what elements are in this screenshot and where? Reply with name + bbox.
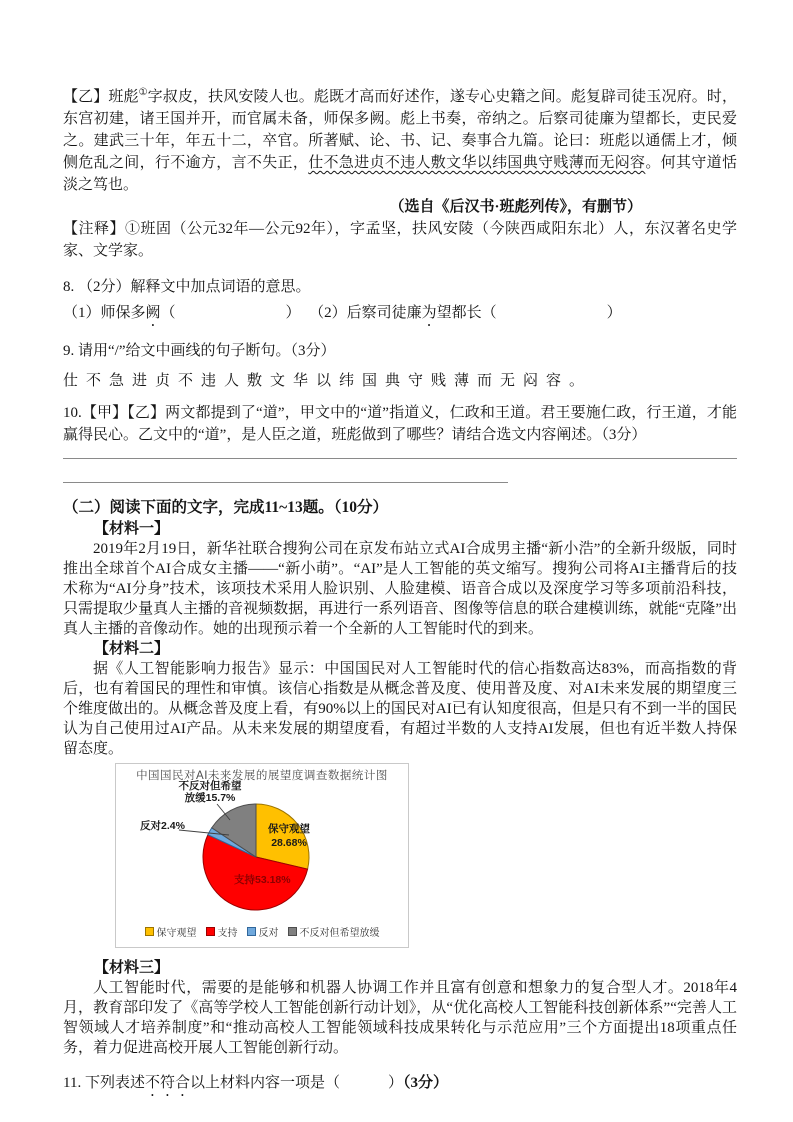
question-8-title: 8. （2分）解释文中加点词语的意思。 xyxy=(63,276,737,298)
label-blue-slice: 反对2.4% xyxy=(140,820,185,832)
q8-item2-text: （2）后察司徒廉 xyxy=(317,305,422,321)
q8-item2-open-paren: （ xyxy=(482,305,497,321)
legend-item: 不反对但希望放缓 xyxy=(288,924,380,939)
note-reference-mark: ① xyxy=(139,87,148,98)
section-2-heading: （二）阅读下面的文字，完成11~13题。（10分） xyxy=(63,497,737,519)
legend-item: 保守观望 xyxy=(145,924,197,939)
legend-swatch-blue xyxy=(247,927,256,936)
label-yellow-slice: 保守观望 28.68% xyxy=(258,822,320,850)
label-grey-line2: 放缓15.7% xyxy=(171,792,249,804)
q8-item1-close-paren: ） xyxy=(286,305,301,321)
q8-item1-open-paren: （ xyxy=(161,305,176,321)
legend-item: 反对 xyxy=(247,924,279,939)
legend-swatch-red xyxy=(206,927,215,936)
q8-item1-text: （1）师保多 xyxy=(63,305,146,321)
label-yellow-line1: 保守观望 xyxy=(258,822,320,836)
q11-dotted-words: 不符合 xyxy=(145,1075,190,1091)
label-grey-slice: 不反对但希望 放缓15.7% xyxy=(171,780,249,804)
passage-wavy-underlined-sentence: 仕不急进贞不违人敷文华以纬国典守贱薄而无闷容 xyxy=(308,155,645,171)
footnote: 【注释】①班固（公元32年—公元92年），字孟坚，扶风安陵（今陕西咸阳东北）人，… xyxy=(63,218,737,262)
label-grey-line1: 不反对但希望 xyxy=(171,780,249,792)
q8-item1-dotted-word: 阙 xyxy=(146,305,161,321)
q8-item2-dotted-word: 为 xyxy=(422,305,437,321)
material-3-header: 【材料三】 xyxy=(94,958,737,978)
material-2-header: 【材料二】 xyxy=(94,639,737,659)
material-1-header: 【材料一】 xyxy=(94,519,737,539)
passage-attribution: （选自《后汉书·班彪列传》，有删节） xyxy=(63,196,737,218)
legend-label: 保守观望 xyxy=(157,924,197,939)
pie-chart xyxy=(116,764,408,947)
answer-line xyxy=(63,458,737,459)
q8-item2-close-paren: ） xyxy=(607,305,622,321)
question-8-items: （1）师保多阙（）（2）后察司徒廉为望都长（） xyxy=(63,302,737,330)
q11-text: 11. 下列表述 xyxy=(63,1075,145,1091)
legend-label: 支持 xyxy=(218,924,238,939)
passage-label: 【乙】 xyxy=(63,89,108,105)
label-yellow-line2: 28.68% xyxy=(258,836,320,850)
exam-page: 【乙】班彪①字叔皮，扶风安陵人也。彪既才高而好述作，遂专心史籍之间。彪复辟司徒玉… xyxy=(0,0,793,1122)
passage-yi: 【乙】班彪①字叔皮，扶风安陵人也。彪既才高而好述作，遂专心史籍之间。彪复辟司徒玉… xyxy=(63,82,737,196)
question-11-text: 11. 下列表述不符合以上材料内容一项是（）（3分） xyxy=(63,1072,737,1100)
answer-line xyxy=(63,482,508,483)
q11-close-paren: ） xyxy=(388,1075,403,1091)
material-2-text: 据《人工智能影响力报告》显示：中国国民对人工智能时代的信心指数高达83%，而高指… xyxy=(63,659,737,759)
q11-text-after: 以上材料内容一项是（ xyxy=(190,1075,340,1091)
question-10-text: 10.【甲】【乙】两文都提到了“道”，甲文中的“道”指道义，仁政和王道。君王要施… xyxy=(63,402,737,446)
legend-swatch-grey xyxy=(288,927,297,936)
label-red-slice: 支持53.18% xyxy=(234,874,291,886)
material-1-text: 2019年2月19日，新华社联合搜狗公司在京发布站立式AI合成男主播“新小浩”的… xyxy=(63,539,737,639)
legend-item: 支持 xyxy=(206,924,238,939)
question-9-sentence: 仕不急进贞不违人敷文华以纬国典守贱薄而无闷容。 xyxy=(63,370,737,392)
q8-item2-text-after: 望都长 xyxy=(437,305,482,321)
q11-score: （3分） xyxy=(403,1075,448,1091)
passage-person-name: 班彪 xyxy=(108,89,138,105)
legend-label: 反对 xyxy=(259,924,279,939)
material-3-text: 人工智能时代，需要的是能够和机器人协调工作并且富有创意和想象力的复合型人才。20… xyxy=(63,978,737,1058)
pie-chart-figure: 中国国民对AI未来发展的展望度调查数据统计图 不反对但希望 放缓15.7% 反对… xyxy=(115,763,409,948)
question-9-title: 9. 请用“/”给文中画线的句子断句。（3分） xyxy=(63,340,737,362)
legend-label: 不反对但希望放缓 xyxy=(300,924,380,939)
legend-swatch-yellow xyxy=(145,927,154,936)
chart-legend: 保守观望 支持 反对 不反对但希望放缓 xyxy=(116,924,408,939)
